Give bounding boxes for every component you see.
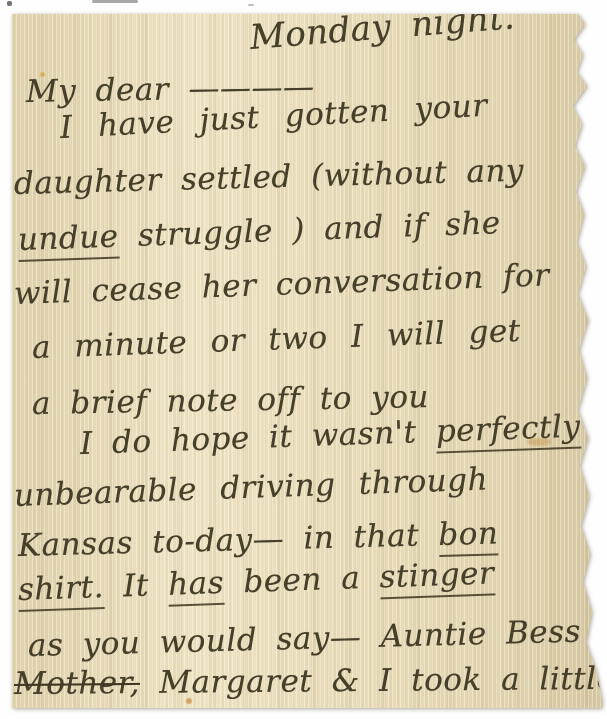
letter-line-5: undue struggle ) and if she bbox=[17, 205, 501, 258]
paper-stain bbox=[186, 698, 192, 704]
letter-line-13: as you would say— Auntie Bess bbox=[28, 614, 582, 664]
scanner-debris-speck bbox=[92, 0, 138, 3]
letter-text-segment: It bbox=[103, 567, 169, 605]
letter-line-7: a minute or two I will get bbox=[31, 313, 521, 366]
letter-text-segment: will cease her conversation for bbox=[13, 257, 550, 312]
letter-paper: Monday night.My dear ————I have just got… bbox=[12, 14, 604, 708]
handwriting-lines: Monday night.My dear ————I have just got… bbox=[12, 14, 604, 708]
letter-line-12: shirt. It has been a stinger bbox=[17, 555, 494, 608]
scanner-debris-speck bbox=[7, 1, 12, 6]
letter-line-14: Mother, Margaret & I took a little bbox=[14, 661, 607, 702]
letter-text-segment: Monday night. bbox=[248, 0, 516, 58]
letter-text-segment: a minute or two I will get bbox=[31, 313, 521, 366]
letter-line-10: unbearable driving through bbox=[13, 461, 488, 514]
letter-line-6: will cease her conversation for bbox=[13, 257, 550, 312]
letter-text-segment: daughter settled (without any bbox=[14, 153, 525, 202]
letter-text-segment: Margaret & I took a little bbox=[140, 661, 607, 701]
letter-text-segment: has bbox=[168, 565, 225, 607]
letter-text-segment: perfectly bbox=[435, 409, 581, 454]
scanned-letter-page: Monday night.My dear ————I have just got… bbox=[0, 0, 607, 719]
scanner-debris-speck bbox=[248, 4, 254, 6]
letter-text-segment: stinger bbox=[379, 555, 495, 599]
letter-text-segment: shirt. bbox=[17, 569, 104, 612]
ink-stain bbox=[527, 438, 551, 446]
letter-line-1: Monday night. bbox=[248, 0, 516, 58]
letter-line-4: daughter settled (without any bbox=[14, 153, 525, 202]
letter-text-segment: struggle ) and if she bbox=[118, 205, 501, 254]
letter-text-segment: Kansas to-day— in that bbox=[18, 517, 439, 564]
letter-text-segment: been a bbox=[223, 559, 380, 600]
letter-text-segment: unbearable driving through bbox=[13, 461, 488, 514]
letter-text-segment: I do hope it wasn't bbox=[79, 414, 436, 462]
paper-shadow-wrap: Monday night.My dear ————I have just got… bbox=[12, 14, 604, 708]
paper-stain bbox=[40, 72, 45, 77]
letter-text-segment: Mother, bbox=[14, 665, 140, 702]
letter-text-segment: as you would say— Auntie Bess bbox=[28, 614, 582, 664]
letter-text-segment: undue bbox=[17, 219, 119, 262]
letter-text-segment: bon bbox=[438, 515, 499, 557]
